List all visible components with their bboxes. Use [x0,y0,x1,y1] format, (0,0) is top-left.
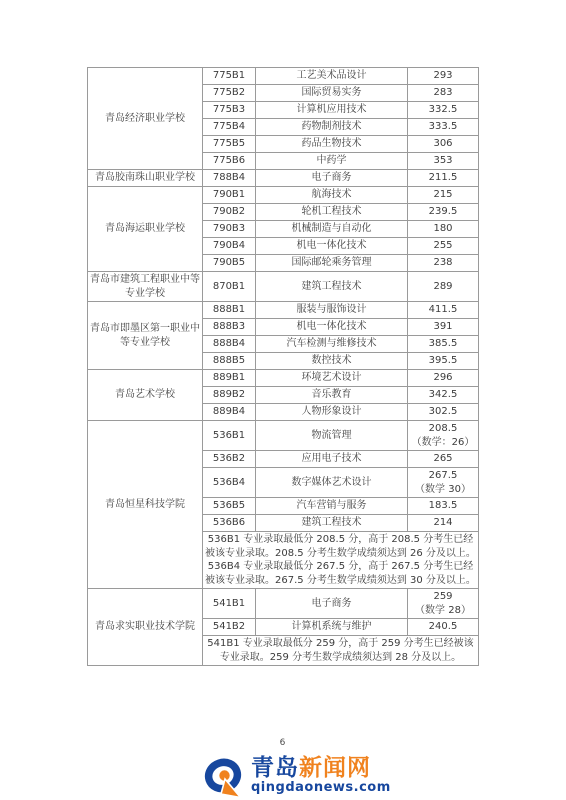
score-value: 296 [410,371,476,385]
major-name-cell: 应用电子技术 [256,451,408,468]
major-code-cell: 775B5 [203,136,256,153]
major-name-cell: 机械制造与自动化 [256,221,408,238]
major-code-cell: 541B1 [203,589,256,619]
major-name-cell: 计算机系统与维护 [256,619,408,636]
score-cell: 391 [408,319,479,336]
score-value: 240.5 [410,620,476,634]
admission-note-line: 536B4 专业录取最低分 267.5 分，高于 267.5 分考生已经被该专业… [205,560,476,587]
logo-domain: qingdaonews.com [251,781,391,795]
major-name-cell: 建筑工程技术 [256,515,408,532]
major-code-cell: 775B2 [203,85,256,102]
score-cell: 255 [408,238,479,255]
score-value: 267.5 [410,469,476,483]
school-name-cell: 青岛恒星科技学院 [88,421,203,589]
score-cell: 395.5 [408,353,479,370]
score-cell: 342.5 [408,387,479,404]
score-value: 214 [410,516,476,530]
score-cell: 385.5 [408,336,479,353]
admission-note-cell: 541B1 专业录取最低分 259 分，高于 259 分考生已经被该专业录取。2… [203,636,479,666]
major-code-cell: 870B1 [203,272,256,302]
score-cell: 211.5 [408,170,479,187]
major-name-cell: 航海技术 [256,187,408,204]
logo-title: 青岛新闻网 [251,756,391,780]
score-value: 342.5 [410,388,476,402]
major-code-cell: 536B2 [203,451,256,468]
score-cell: 259（数学 28） [408,589,479,619]
major-name-cell: 电子商务 [256,170,408,187]
score-cell: 306 [408,136,479,153]
major-name-cell: 人物形象设计 [256,404,408,421]
score-value: 306 [410,137,476,151]
major-name-cell: 轮机工程技术 [256,204,408,221]
score-cell: 180 [408,221,479,238]
score-value: 180 [410,222,476,236]
score-cell: 183.5 [408,498,479,515]
score-math-requirement: （数学：26） [410,436,476,450]
major-name-cell: 数控技术 [256,353,408,370]
score-value: 283 [410,86,476,100]
school-name-cell: 青岛经济职业学校 [88,68,203,170]
score-value: 259 [410,590,476,604]
major-name-cell: 汽车营销与服务 [256,498,408,515]
major-code-cell: 536B6 [203,515,256,532]
score-value: 411.5 [410,303,476,317]
score-cell: 214 [408,515,479,532]
major-code-cell: 775B3 [203,102,256,119]
major-code-cell: 888B4 [203,336,256,353]
qingdaonews-q-icon [204,756,248,800]
major-code-cell: 775B6 [203,153,256,170]
major-name-cell: 电子商务 [256,589,408,619]
score-cell: 265 [408,451,479,468]
score-value: 293 [410,69,476,83]
major-name-cell: 计算机应用技术 [256,102,408,119]
major-code-cell: 536B5 [203,498,256,515]
score-cell: 215 [408,187,479,204]
table-row: 青岛求实职业技术学院541B1电子商务259（数学 28） [88,589,479,619]
logo-text-news: 新闻网 [299,755,371,781]
score-value: 238 [410,256,476,270]
score-value: 265 [410,452,476,466]
score-cell: 302.5 [408,404,479,421]
major-code-cell: 790B4 [203,238,256,255]
major-code-cell: 790B3 [203,221,256,238]
major-name-cell: 药品生物技术 [256,136,408,153]
score-value: 391 [410,320,476,334]
qingdaonews-logo: 青岛新闻网 qingdaonews.com [204,756,391,800]
major-name-cell: 机电一体化技术 [256,319,408,336]
score-math-requirement: （数学 28） [410,604,476,618]
score-value: 239.5 [410,205,476,219]
score-value: 333.5 [410,120,476,134]
score-value: 215 [410,188,476,202]
logo-text-block: 青岛新闻网 qingdaonews.com [251,756,391,795]
major-name-cell: 国际贸易实务 [256,85,408,102]
table-row: 青岛海运职业学校790B1航海技术215 [88,187,479,204]
score-cell: 239.5 [408,204,479,221]
major-code-cell: 536B4 [203,468,256,498]
score-value: 395.5 [410,354,476,368]
table-row: 青岛市建筑工程职业中等专业学校870B1建筑工程技术289 [88,272,479,302]
major-name-cell: 音乐教育 [256,387,408,404]
major-name-cell: 环境艺术设计 [256,370,408,387]
score-cell: 238 [408,255,479,272]
score-cell: 208.5（数学：26） [408,421,479,451]
school-name-cell: 青岛艺术学校 [88,370,203,421]
table-row: 青岛艺术学校889B1环境艺术设计296 [88,370,479,387]
table-row: 青岛经济职业学校775B1工艺美术品设计293 [88,68,479,85]
major-code-cell: 888B3 [203,319,256,336]
major-code-cell: 790B5 [203,255,256,272]
score-cell: 293 [408,68,479,85]
score-cell: 296 [408,370,479,387]
major-code-cell: 889B2 [203,387,256,404]
score-cell: 289 [408,272,479,302]
score-cell: 267.5（数学 30） [408,468,479,498]
score-cell: 240.5 [408,619,479,636]
admission-note-line: 536B1 专业录取最低分 208.5 分，高于 208.5 分考生已经被该专业… [205,533,476,560]
major-name-cell: 工艺美术品设计 [256,68,408,85]
score-value: 211.5 [410,171,476,185]
admission-score-table: 青岛经济职业学校775B1工艺美术品设计293775B2国际贸易实务283775… [87,67,479,666]
major-name-cell: 汽车检测与维修技术 [256,336,408,353]
score-value: 208.5 [410,422,476,436]
admission-note-line: 541B1 专业录取最低分 259 分，高于 259 分考生已经被该专业录取。2… [205,637,476,664]
major-code-cell: 888B1 [203,302,256,319]
major-code-cell: 889B1 [203,370,256,387]
major-code-cell: 888B5 [203,353,256,370]
major-code-cell: 541B2 [203,619,256,636]
major-name-cell: 中药学 [256,153,408,170]
score-value: 332.5 [410,103,476,117]
score-cell: 283 [408,85,479,102]
page-number: 6 [87,738,478,748]
major-code-cell: 775B1 [203,68,256,85]
logo-text-qingdao: 青岛 [251,755,299,781]
score-value: 183.5 [410,499,476,513]
score-cell: 411.5 [408,302,479,319]
score-cell: 353 [408,153,479,170]
school-name-cell: 青岛市建筑工程职业中等专业学校 [88,272,203,302]
major-code-cell: 790B1 [203,187,256,204]
school-name-cell: 青岛市即墨区第一职业中等专业学校 [88,302,203,370]
score-cell: 333.5 [408,119,479,136]
school-name-cell: 青岛求实职业技术学院 [88,589,203,666]
table-row: 青岛市即墨区第一职业中等专业学校888B1服装与服饰设计411.5 [88,302,479,319]
table-row: 青岛恒星科技学院536B1物流管理208.5（数学：26） [88,421,479,451]
score-value: 302.5 [410,405,476,419]
major-name-cell: 服装与服饰设计 [256,302,408,319]
major-name-cell: 建筑工程技术 [256,272,408,302]
major-name-cell: 物流管理 [256,421,408,451]
major-code-cell: 536B1 [203,421,256,451]
major-name-cell: 数字媒体艺术设计 [256,468,408,498]
score-value: 385.5 [410,337,476,351]
school-name-cell: 青岛胶南珠山职业学校 [88,170,203,187]
score-value: 353 [410,154,476,168]
table-row: 青岛胶南珠山职业学校788B4电子商务211.5 [88,170,479,187]
score-cell: 332.5 [408,102,479,119]
major-code-cell: 889B4 [203,404,256,421]
score-math-requirement: （数学 30） [410,483,476,497]
admission-note-cell: 536B1 专业录取最低分 208.5 分，高于 208.5 分考生已经被该专业… [203,532,479,589]
major-code-cell: 790B2 [203,204,256,221]
major-name-cell: 国际邮轮乘务管理 [256,255,408,272]
score-value: 289 [410,280,476,294]
major-name-cell: 机电一体化技术 [256,238,408,255]
major-name-cell: 药物制剂技术 [256,119,408,136]
school-name-cell: 青岛海运职业学校 [88,187,203,272]
major-code-cell: 775B4 [203,119,256,136]
score-value: 255 [410,239,476,253]
document-page: 青岛经济职业学校775B1工艺美术品设计293775B2国际贸易实务283775… [0,0,566,800]
major-code-cell: 788B4 [203,170,256,187]
